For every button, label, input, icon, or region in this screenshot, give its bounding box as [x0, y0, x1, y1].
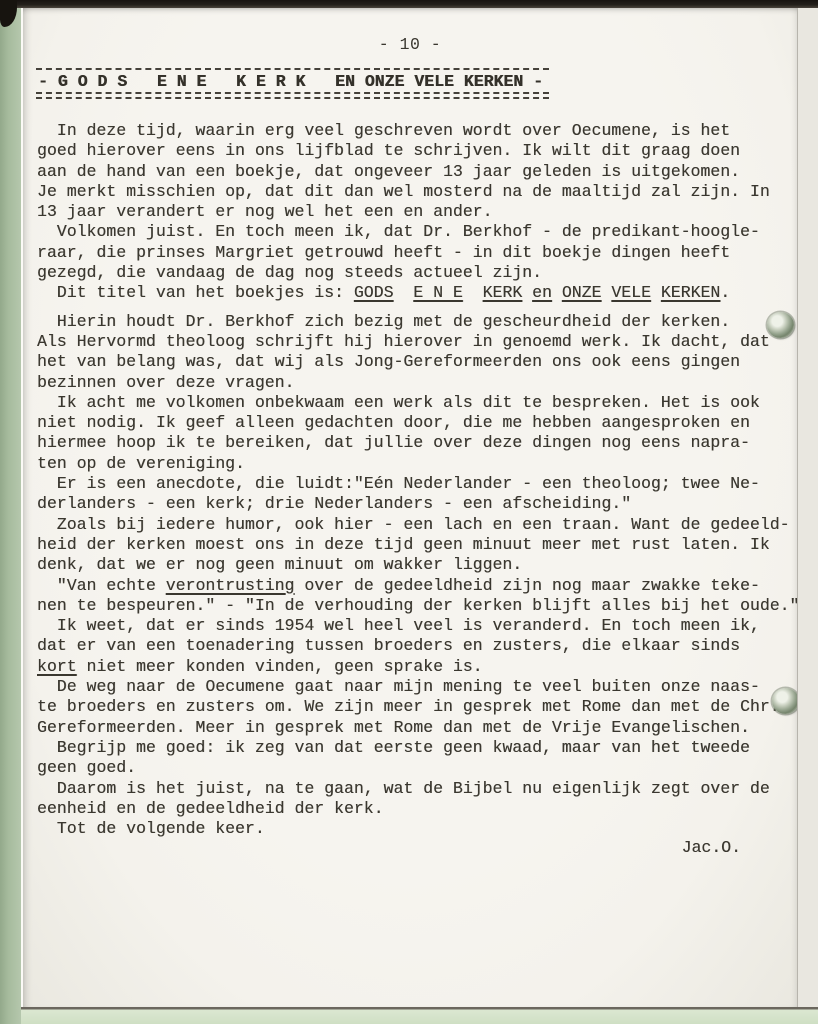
text-segment: [522, 283, 532, 302]
underlined-text: en: [532, 283, 552, 302]
text-line: Dit titel van het boekjes is: GODS E N E…: [37, 283, 798, 303]
text-line: Gereformeerden. Meer in gesprek met Rome…: [37, 718, 798, 738]
underlined-text: VELE: [611, 283, 651, 302]
text-segment: [393, 283, 413, 302]
underlined-text: kort: [37, 657, 77, 676]
scanned-document-screenshot: { "theme": { "paper": "#f4f2ec", "ink": …: [0, 0, 818, 1024]
text-line: kort niet meer konden vinden, geen sprak…: [37, 657, 798, 677]
text-line: eenheid en de gedeeldheid der kerk.: [37, 799, 798, 819]
underlined-text: E N E: [413, 283, 463, 302]
page-number: - 10 -: [23, 35, 797, 54]
text-line: het van belang was, dat wij als Jong-Ger…: [37, 352, 798, 372]
text-line: Tot de volgende keer.: [37, 819, 798, 839]
author-signature: Jac.O.: [682, 838, 741, 857]
text-line: ten op de vereniging.: [37, 454, 798, 474]
text-line: "Van echte verontrusting over de gedeeld…: [37, 576, 798, 596]
underlined-text: GODS: [354, 283, 394, 302]
underlined-text: ONZE: [562, 283, 602, 302]
article-title-block: - G O D S E N E K E R K EN ONZE VELE KER…: [36, 68, 549, 99]
text-line: geen goed.: [37, 758, 798, 778]
text-line: Er is een anecdote, die luidt:"Eén Neder…: [37, 474, 798, 494]
binder-spine-strip: [0, 0, 21, 1024]
title-underline-rule: [36, 97, 549, 99]
underlying-page-edge: [21, 1007, 818, 1024]
text-segment: .: [720, 283, 730, 302]
text-line: De weg naar de Oecumene gaat naar mijn m…: [37, 677, 798, 697]
text-line: nen te bespeuren." - "In de verhouding d…: [37, 596, 798, 616]
text-line: hiermee hoop ik te bereiken, dat jullie …: [37, 433, 798, 453]
binder-grommet-icon: [767, 312, 794, 338]
underlined-text: verontrusting: [166, 576, 295, 595]
text-line: denk, dat we er nog geen minuut om wakke…: [37, 555, 798, 575]
text-line: Daarom is het juist, na te gaan, wat de …: [37, 779, 798, 799]
text-segment: [651, 283, 661, 302]
text-line: Ik weet, dat er sinds 1954 wel heel veel…: [37, 616, 798, 636]
underlined-text: KERKEN: [661, 283, 720, 302]
text-line: bezinnen over deze vragen.: [37, 373, 798, 393]
binder-grommet-icon: [772, 688, 798, 714]
text-segment: [463, 283, 483, 302]
text-line: Zoals bij iedere humor, ook hier - een l…: [37, 515, 798, 535]
body-text: In deze tijd, waarin erg veel geschreven…: [37, 121, 798, 839]
text-line: Begrijp me goed: ik zeg van dat eerste g…: [37, 738, 798, 758]
text-line: In deze tijd, waarin erg veel geschreven…: [37, 121, 798, 141]
text-line: Volkomen juist. En toch meen ik, dat Dr.…: [37, 222, 798, 242]
text-line: Als Hervormd theoloog schrijft hij hiero…: [37, 332, 798, 352]
text-line: aan de hand van een boekje, dat ongeveer…: [37, 162, 798, 182]
text-line: te broeders en zusters om. We zijn meer …: [37, 697, 798, 717]
paragraph-block: Hierin houdt Dr. Berkhof zich bezig met …: [37, 312, 798, 840]
text-segment: niet meer konden vinden, geen sprake is.: [77, 657, 483, 676]
text-segment: over de gedeeldheid zijn nog maar zwakke…: [294, 576, 759, 595]
text-segment: [552, 283, 562, 302]
text-line: heid der kerken moest ons in deze tijd g…: [37, 535, 798, 555]
text-line: Je merkt misschien op, dat dit dan wel m…: [37, 182, 798, 202]
text-line: niet nodig. Ik geef alleen gedachten doo…: [37, 413, 798, 433]
scan-top-edge: [0, 0, 818, 8]
document-page: - 10 - - G O D S E N E K E R K EN ONZE V…: [21, 8, 798, 1007]
text-line: Ik acht me volkomen onbekwaam een werk a…: [37, 393, 798, 413]
text-line: raar, die prinses Margriet getrouwd heef…: [37, 243, 798, 263]
text-segment: Dit titel van het boekjes is:: [37, 283, 354, 302]
article-title: - G O D S E N E K E R K EN ONZE VELE KER…: [36, 68, 549, 94]
text-line: Hierin houdt Dr. Berkhof zich bezig met …: [37, 312, 798, 332]
text-line: dat er van een toenadering tussen broede…: [37, 636, 798, 656]
text-segment: "Van echte: [37, 576, 166, 595]
underlined-text: KERK: [483, 283, 523, 302]
text-line: gezegd, die vandaag de dag nog steeds ac…: [37, 263, 798, 283]
text-line: derlanders - een kerk; drie Nederlanders…: [37, 494, 798, 514]
paragraph-block: In deze tijd, waarin erg veel geschreven…: [37, 121, 798, 304]
text-segment: [601, 283, 611, 302]
text-line: goed hierover eens in ons lijfblad te sc…: [37, 141, 798, 161]
text-line: 13 jaar verandert er nog wel het een en …: [37, 202, 798, 222]
